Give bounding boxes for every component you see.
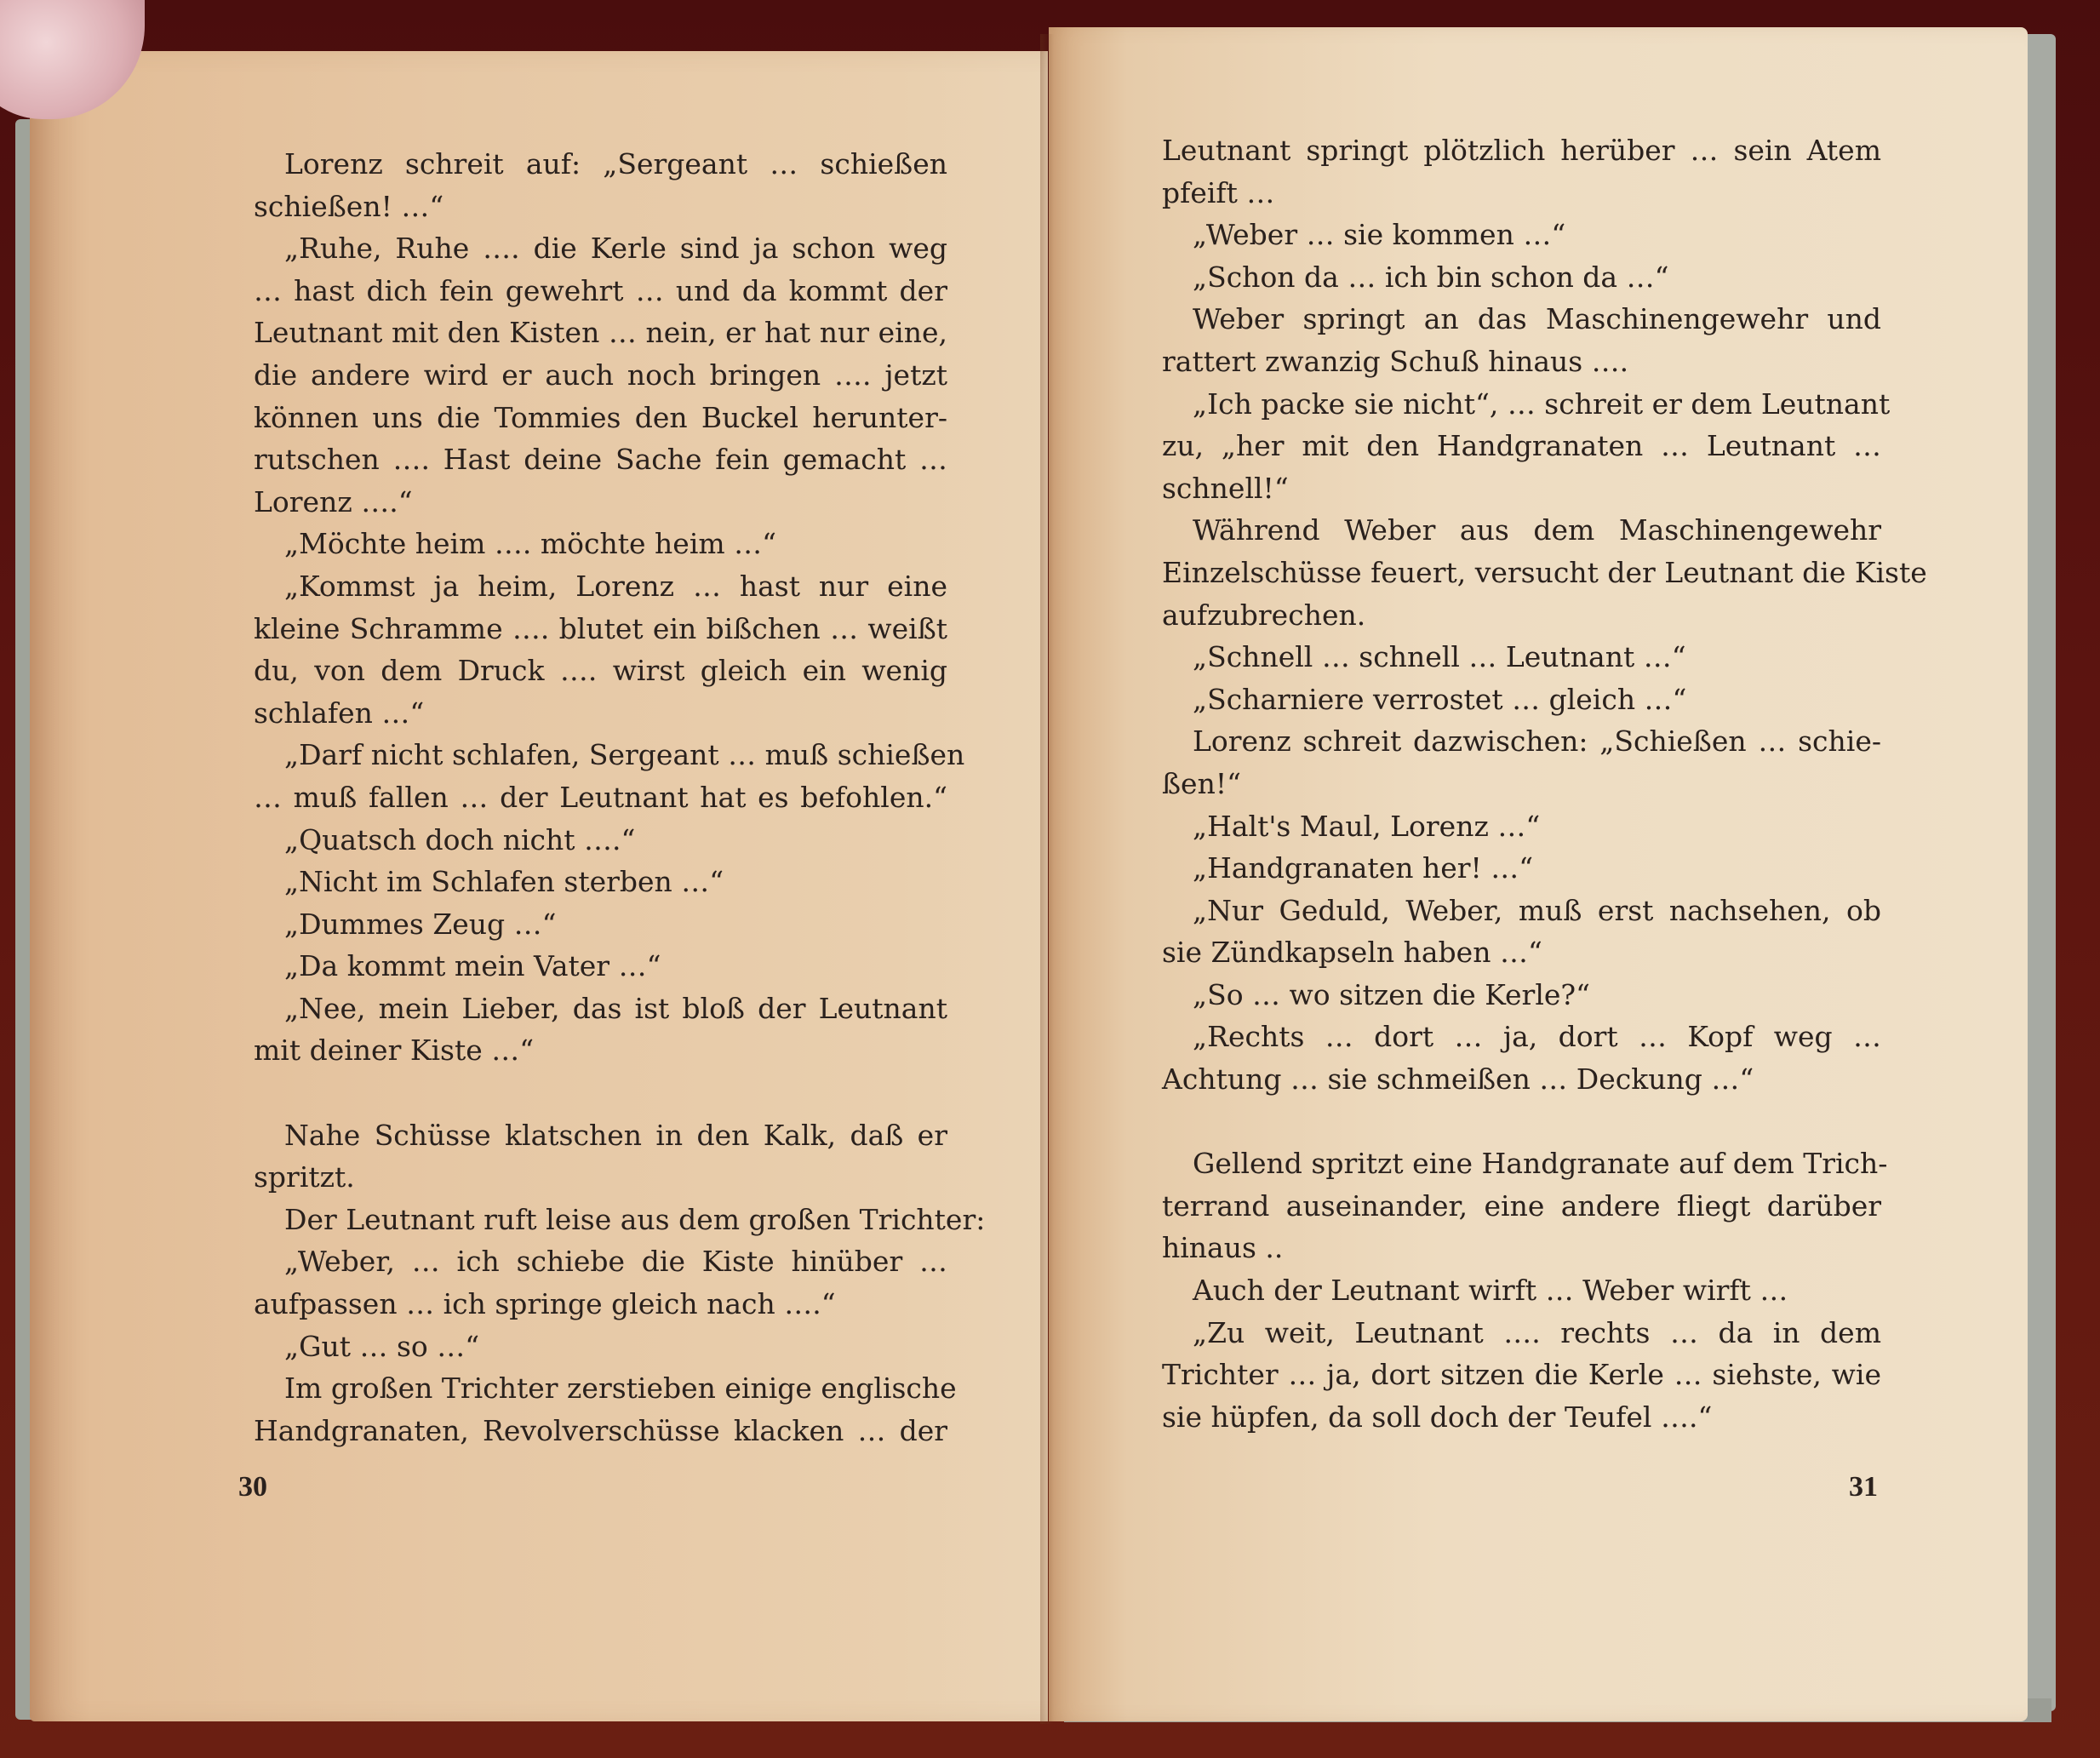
text-line: Einzelschüsse feuert, versucht der Leutn… <box>1162 552 1881 594</box>
right-page-text: Leutnant springt plötzlich herüber … sei… <box>1162 129 1881 1438</box>
text-line: Im großen Trichter zerstieben einige eng… <box>254 1367 947 1410</box>
text-line: „Quatsch doch nicht ….“ <box>254 819 947 862</box>
text-line: „Ich packe sie nicht“, … schreit er dem … <box>1162 383 1881 426</box>
text-line: Lorenz schreit auf: „Sergeant … schießen <box>254 143 947 186</box>
text-line: … hast dich fein gewehrt … und da kommt … <box>254 270 947 312</box>
text-line: „Halt's Maul, Lorenz …“ <box>1162 805 1881 848</box>
text-line: ßen!“ <box>1162 763 1881 805</box>
text-line: schießen! …“ <box>254 186 947 228</box>
text-line: Achtung … sie schmeißen … Deckung …“ <box>1162 1058 1881 1101</box>
text-line: Handgranaten, Revolverschüsse klacken … … <box>254 1410 947 1452</box>
text-line: Leutnant springt plötzlich herüber … sei… <box>1162 129 1881 172</box>
text-line: „Darf nicht schlafen, Sergeant … muß sch… <box>254 734 947 776</box>
page-number-left: 30 <box>238 1471 267 1503</box>
text-line: sie Zündkapseln haben …“ <box>1162 931 1881 974</box>
text-line: „Rechts … dort … ja, dort … Kopf weg … <box>1162 1016 1881 1058</box>
text-line: „Ruhe, Ruhe …. die Kerle sind ja schon w… <box>254 227 947 270</box>
paragraph-gap <box>1162 1101 1881 1143</box>
text-line: „Dummes Zeug …“ <box>254 903 947 946</box>
text-line: terrand auseinander, eine andere fliegt … <box>1162 1185 1881 1228</box>
text-line: Gellend spritzt eine Handgranate auf dem… <box>1162 1142 1881 1185</box>
text-line: mit deiner Kiste …“ <box>254 1029 947 1072</box>
text-line: „Handgranaten her! …“ <box>1162 847 1881 890</box>
text-line: aufzubrechen. <box>1162 594 1881 637</box>
text-line: rutschen …. Hast deine Sache fein gemach… <box>254 438 947 481</box>
text-line: Lorenz ….“ <box>254 481 947 524</box>
text-line: zu, „her mit den Handgranaten … Leutnant… <box>1162 425 1881 467</box>
text-line: „Zu weit, Leutnant …. rechts … da in dem <box>1162 1312 1881 1354</box>
text-line: aufpassen … ich springe gleich nach ….“ <box>254 1283 947 1326</box>
text-line: „Möchte heim …. möchte heim …“ <box>254 523 947 565</box>
paragraph-gap <box>254 1072 947 1114</box>
text-line: Lorenz schreit dazwischen: „Schießen … s… <box>1162 720 1881 763</box>
text-line: Während Weber aus dem Maschinengewehr <box>1162 509 1881 552</box>
text-line: spritzt. <box>254 1156 947 1199</box>
text-line: „Scharniere verrostet … gleich …“ <box>1162 679 1881 721</box>
text-line: „So … wo sitzen die Kerle?“ <box>1162 974 1881 1016</box>
text-line: Trichter … ja, dort sitzen die Kerle … s… <box>1162 1354 1881 1396</box>
text-line: „Da kommt mein Vater …“ <box>254 945 947 988</box>
text-line: Nahe Schüsse klatschen in den Kalk, daß … <box>254 1114 947 1157</box>
left-page-text: Lorenz schreit auf: „Sergeant … schießen… <box>254 143 947 1452</box>
text-line: „Schnell … schnell … Leutnant …“ <box>1162 636 1881 679</box>
text-line: pfeift … <box>1162 172 1881 215</box>
text-line: hinaus .. <box>1162 1227 1881 1269</box>
text-line: die andere wird er auch noch bringen …. … <box>254 354 947 397</box>
text-line: Weber springt an das Maschinengewehr und <box>1162 298 1881 341</box>
text-line: schlafen …“ <box>254 692 947 735</box>
text-line: „Schon da … ich bin schon da …“ <box>1162 256 1881 299</box>
text-line: kleine Schramme …. blutet ein bißchen … … <box>254 608 947 650</box>
text-line: „Gut … so …“ <box>254 1326 947 1368</box>
page-number-right: 31 <box>1849 1471 1878 1503</box>
text-line: schnell!“ <box>1162 467 1881 510</box>
text-line: Auch der Leutnant wirft … Weber wirft … <box>1162 1269 1881 1312</box>
text-line: „Kommst ja heim, Lorenz … hast nur eine <box>254 565 947 608</box>
text-line: können uns die Tommies den Buckel herunt… <box>254 397 947 439</box>
text-line: „Nicht im Schlafen sterben …“ <box>254 861 947 903</box>
text-line: „Nur Geduld, Weber, muß erst nachsehen, … <box>1162 890 1881 932</box>
text-line: … muß fallen … der Leutnant hat es befoh… <box>254 776 947 819</box>
book-gutter <box>1040 34 1054 1724</box>
text-line: rattert zwanzig Schuß hinaus …. <box>1162 341 1881 383</box>
text-line: „Nee, mein Lieber, das ist bloß der Leut… <box>254 988 947 1030</box>
text-line: sie hüpfen, da soll doch der Teufel ….“ <box>1162 1396 1881 1439</box>
text-line: „Weber … sie kommen …“ <box>1162 214 1881 256</box>
text-line: „Weber, … ich schiebe die Kiste hinüber … <box>254 1240 947 1283</box>
text-line: Der Leutnant ruft leise aus dem großen T… <box>254 1199 947 1241</box>
text-line: du, von dem Druck …. wirst gleich ein we… <box>254 650 947 692</box>
text-line: Leutnant mit den Kisten … nein, er hat n… <box>254 312 947 354</box>
